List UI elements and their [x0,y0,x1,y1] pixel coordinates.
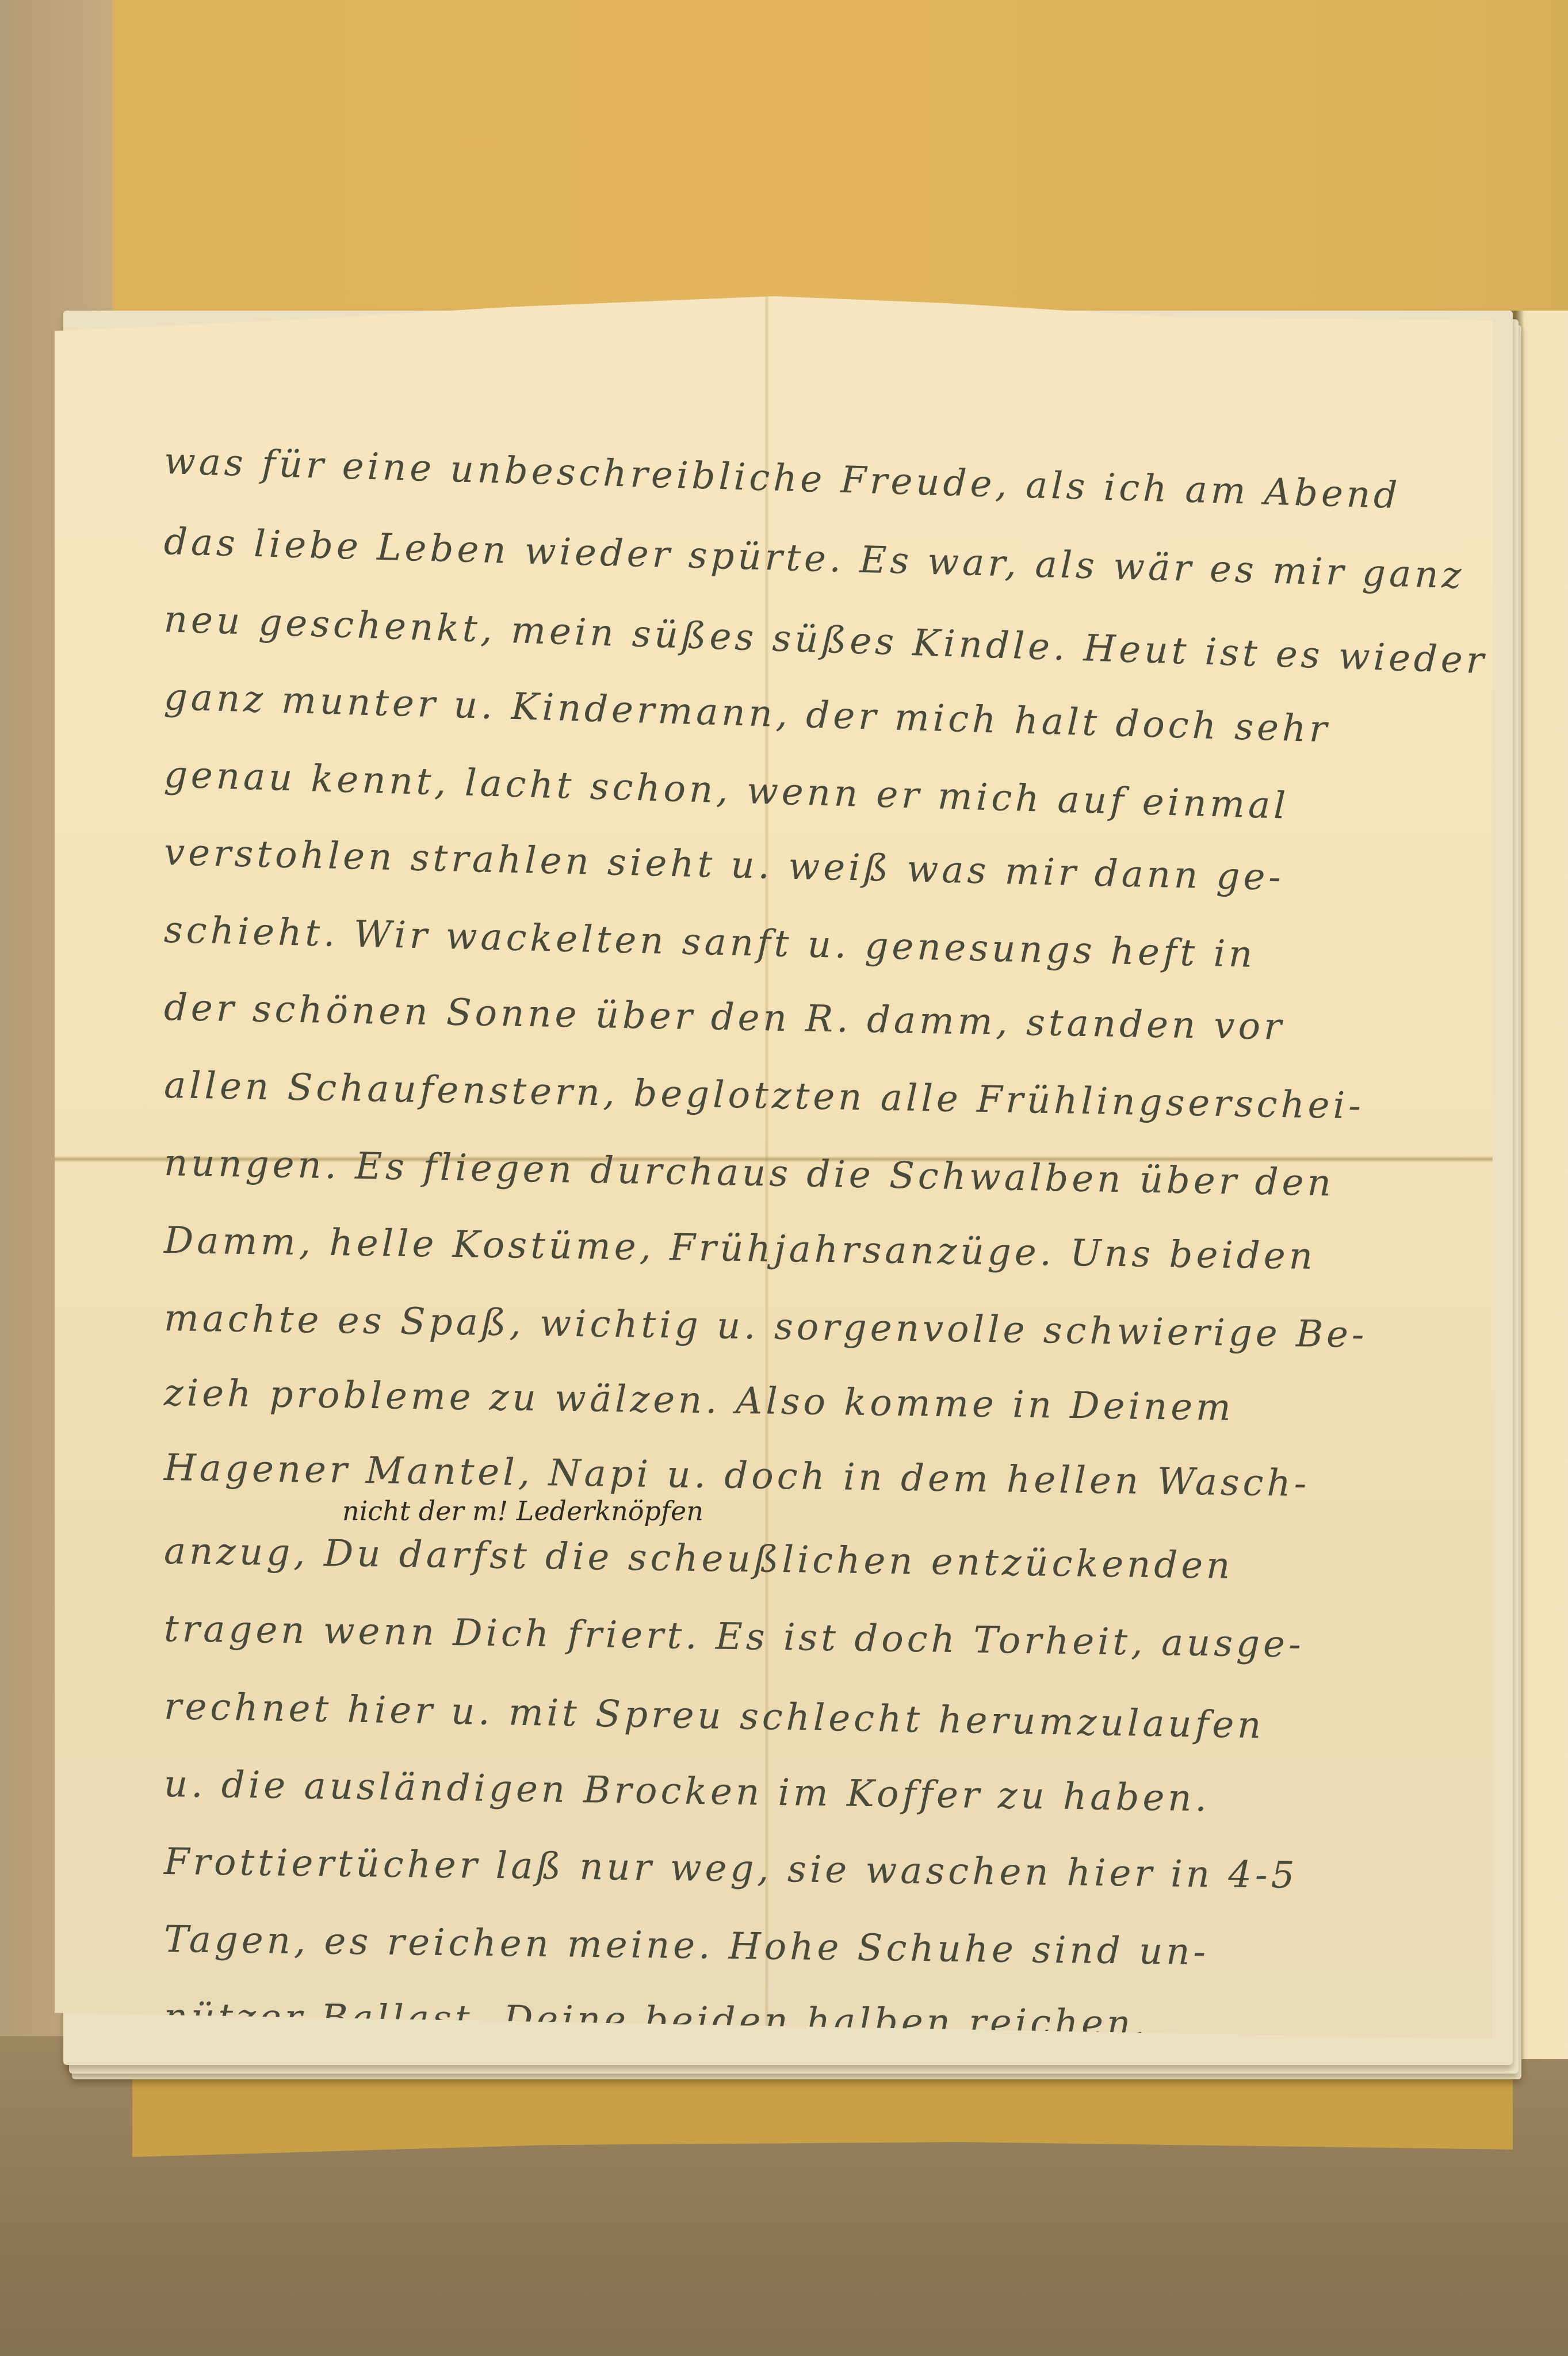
handwritten-line: allen Schaufenstern, beglotzten alle Frü… [163,1064,1364,1127]
handwritten-line: tragen wenn Dich friert. Es ist doch Tor… [163,1608,1305,1666]
handwritten-line: rechnet hier u. mit Spreu schlecht herum… [163,1685,1265,1747]
handwritten-line: schieht. Wir wackelten sanft u. genesung… [163,909,1256,976]
handwritten-line: das liebe Leben wieder spürte. Es war, a… [163,521,1465,597]
handwritten-line: Damm, helle Kostüme, Frühjahrsanzüge. Un… [163,1219,1316,1278]
interlinear-insertion: nicht der m! Lederknöpfen [342,1496,703,1527]
handwritten-line: Frottiertücher laß nur weg, sie waschen … [164,1841,1298,1897]
handwritten-line: nungen. Es fliegen durchaus die Schwalbe… [163,1142,1334,1205]
handwritten-line: ganz munter u. Kindermann, der mich halt… [163,676,1331,751]
handwritten-line: Hagener Mantel, Napi u. doch in dem hell… [163,1447,1310,1505]
handwritten-line: anzug, Du darfst die scheußlichen entzüc… [163,1530,1233,1588]
handwritten-line: machte es Spaß, wichtig u. sorgenvolle s… [163,1297,1368,1356]
handwritten-line: genau kennt, lacht schon, wenn er mich a… [163,754,1290,828]
handwritten-line: neu geschenkt, mein süßes süßes Kindle. … [163,598,1488,682]
handwritten-line: Tagen, es reichen meine. Hohe Schuhe sin… [164,1918,1210,1973]
handwritten-line: der schönen Sonne über den R. damm, stan… [163,986,1285,1049]
handwritten-line: verstohlen strahlen sieht u. weiß was mi… [163,831,1285,899]
handwritten-line: zieh probleme zu wälzen. Also komme in D… [163,1372,1234,1429]
handwritten-line: was für eine unbeschreibliche Freude, al… [163,440,1401,517]
letter-page: was für eine unbeschreibliche Freude, al… [55,296,1493,2039]
handwritten-line: u. die ausländigen Brocken im Koffer zu … [163,1763,1210,1820]
